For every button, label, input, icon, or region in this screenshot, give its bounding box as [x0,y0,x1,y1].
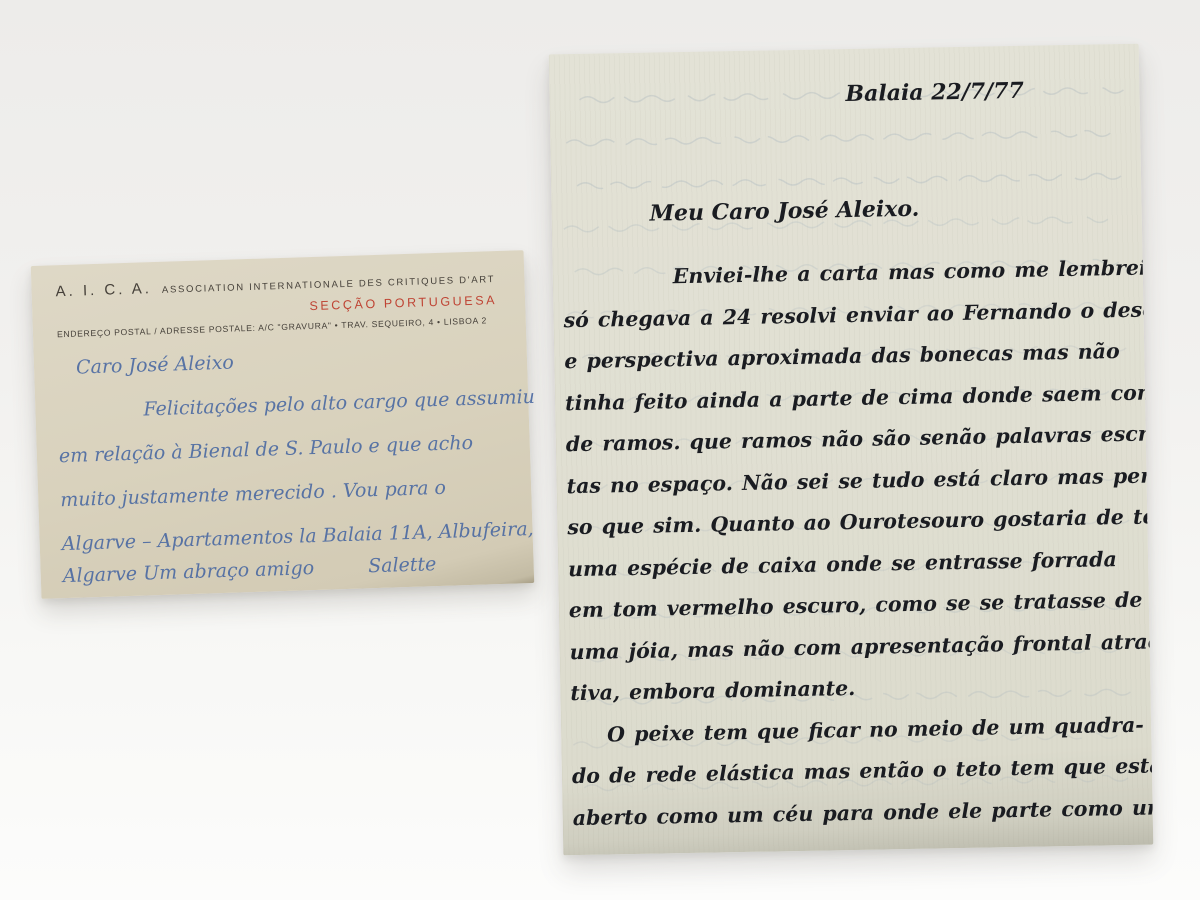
org-abbreviation: A. I. C. A. [55,280,152,300]
letter-salutation: Meu Caro José Aleixo. [649,196,919,227]
handwritten-letter: Balaia 22/7/77 Meu Caro José Aleixo. Env… [549,44,1154,856]
aica-card: A. I. C. A. ASSOCIATION INTERNATIONALE D… [31,250,534,599]
letter-date: Balaia 22/7/77 [845,78,1024,107]
org-address: ENDEREÇO POSTAL / ADRESSE POSTALE: A/C "… [57,315,487,339]
photo-background: A. I. C. A. ASSOCIATION INTERNATIONALE D… [0,0,1200,900]
signature: Salette [368,553,437,577]
org-name: ASSOCIATION INTERNATIONALE DES CRITIQUES… [162,274,496,296]
letter-body: Enviei-lhe a carta mas como me lembrei q… [563,256,1152,847]
org-section: SECÇÃO PORTUGUESA [309,293,497,313]
card-handwritten-note: Caro José Aleixo Felicitações pelo alto … [50,342,531,609]
